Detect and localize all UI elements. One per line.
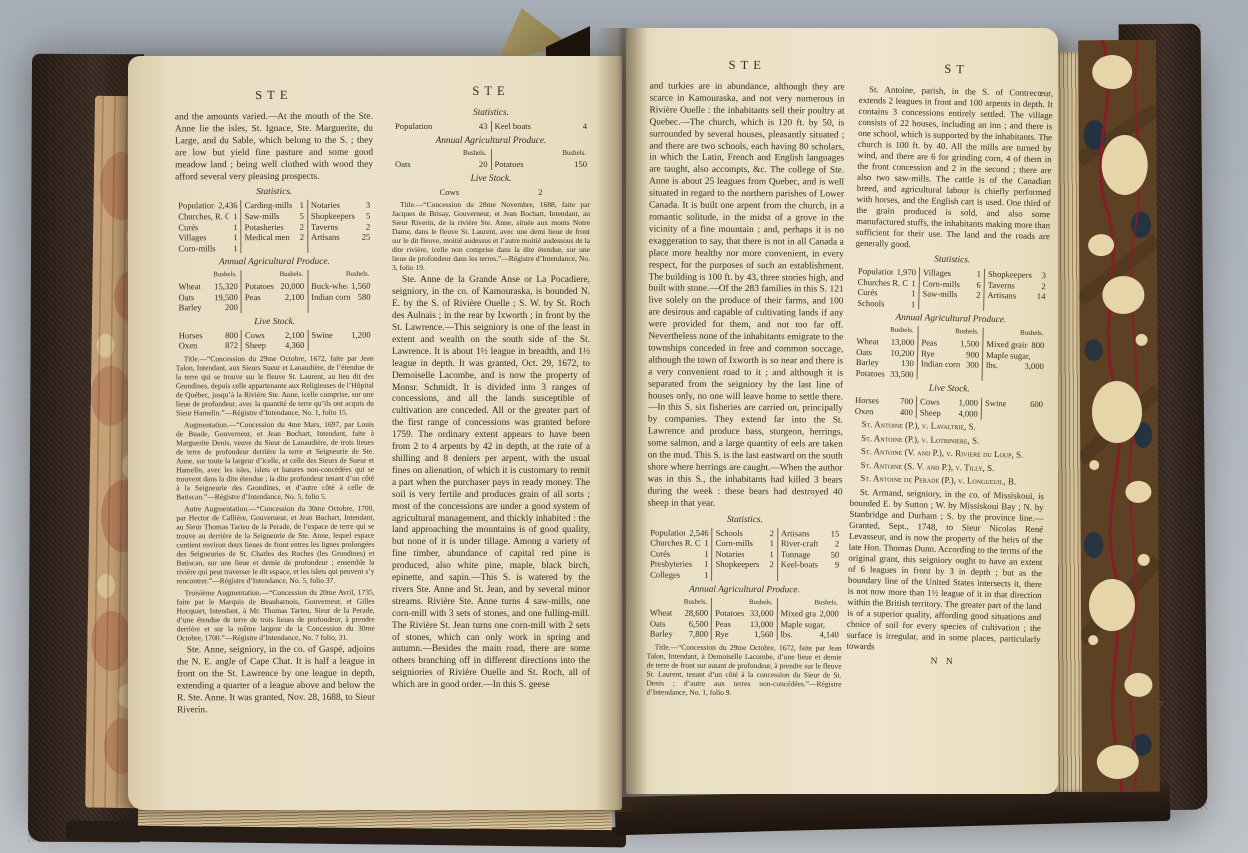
stat-label: Wheat <box>650 608 672 619</box>
stat-label: Artisans <box>311 232 340 243</box>
stat-row: Peas13,000 <box>715 619 773 630</box>
stat-column: Horses700Oxen400 <box>852 395 916 418</box>
statistics-table: Population2,546Churches R. C.1Curés1Pres… <box>647 527 842 581</box>
stat-value: 200 <box>225 302 238 313</box>
stat-row: River-craft2 <box>781 538 839 549</box>
stat-label: Potatoes <box>495 159 524 170</box>
stat-column: Population2,436Churches, R. C.1Curés1Vil… <box>175 201 241 254</box>
stat-row: Keel-boats9 <box>781 560 839 571</box>
marble-pattern-right <box>1078 40 1160 792</box>
stat-value: 1 <box>233 243 237 254</box>
produce-table: Bushels.Wheat13,000Oats10,200Barley130Po… <box>853 325 1048 382</box>
statistics-table: Population43Keel boats4 <box>392 121 590 132</box>
stat-label: Villages <box>923 267 951 278</box>
stat-column: Bushels.Potatoes20,000Peas2,100 <box>241 270 307 313</box>
stat-value: 2 <box>300 222 304 233</box>
stat-row: Villages1 <box>178 232 237 243</box>
stat-row: Artisans25 <box>311 232 370 243</box>
stat-label: Oats <box>856 346 872 357</box>
stat-value: 1,560 <box>754 629 773 640</box>
stat-row: Colleges1 <box>650 570 708 581</box>
stat-value: 33,000 <box>750 608 774 619</box>
paragraph: St. Antoine, parish, in the S. of Contre… <box>855 84 1053 253</box>
stat-row: Carding-mills1 <box>245 200 304 211</box>
paragraph: Ste. Anne, seigniory, in the co. of Gasp… <box>177 645 375 717</box>
stat-column: Horses800Oxen872 <box>176 330 241 351</box>
stat-value: 300 <box>966 360 979 371</box>
stat-row: Potasheries2 <box>245 222 304 233</box>
right-page-column-1: STE and turkies are in abundance, althou… <box>646 57 845 744</box>
stat-label: Oats <box>179 292 195 303</box>
stat-row: Population2,436 <box>178 201 237 212</box>
stat-value: 1,560 <box>351 281 370 292</box>
stat-value: 4,140 <box>819 630 838 641</box>
stat-row: Curés1 <box>178 222 237 233</box>
stat-value: 15,320 <box>214 281 238 292</box>
stat-label: Oats <box>395 159 411 170</box>
stat-column: Bushels.Potatoes33,000Peas13,000Rye1,560 <box>711 597 777 640</box>
statistics-table: Cows2 <box>437 187 546 198</box>
stat-label: Oxen <box>179 341 198 352</box>
stat-label: Notaries <box>715 549 744 560</box>
stat-row: Cows2,100 <box>245 330 304 341</box>
stat-value: 14 <box>1037 291 1046 302</box>
stat-row: Oats19,500 <box>179 292 238 303</box>
stat-value: 20,000 <box>281 281 305 292</box>
column-text: Statistics.Population43Keel boats4Annual… <box>392 108 590 692</box>
stat-row: Swine1,200 <box>311 329 370 340</box>
stat-column: Population2,546Churches R. C.1Curés1Pres… <box>647 527 712 580</box>
stat-row: Peas2,100 <box>245 291 304 302</box>
stat-row: Churches R. C.1 <box>650 538 708 549</box>
stat-label: Shopkeepers <box>715 559 759 570</box>
stat-label: Keel-boats <box>781 560 818 571</box>
stat-label: Curés <box>178 222 198 233</box>
stat-label: Taverns <box>988 279 1015 290</box>
stat-column: Schools2Corn-mills1Notaries1Shopkeepers2 <box>711 527 777 580</box>
stat-value: 130 <box>901 358 914 369</box>
stat-label: Swine <box>985 398 1007 409</box>
stat-value: 5 <box>300 211 304 222</box>
stat-label: lbs. <box>780 630 792 641</box>
stat-row: Notaries3 <box>311 200 370 211</box>
title-note: Title.—“Concession du 28me Novembre, 168… <box>392 200 590 272</box>
stat-value: 1,500 <box>960 338 980 349</box>
stat-row: Artisans14 <box>987 290 1045 302</box>
stat-label: Taverns <box>311 221 338 232</box>
stat-column: Bushels.Peas1,500Rye900Indian corn300 <box>917 327 983 381</box>
stat-label: Tonnage <box>781 549 811 560</box>
stat-label: Carding-mills <box>245 200 293 211</box>
stat-column: Swine600 <box>981 398 1046 421</box>
stat-value: 1 <box>770 538 774 549</box>
stat-label: Wheat <box>856 336 879 347</box>
stat-value: 1 <box>233 232 237 243</box>
cross-reference-entry: St. Antoine (S. V. and P.), v. Tilly, S. <box>850 459 1044 474</box>
statistics-table: Horses800Oxen872Cows2,100Sheep4,360Swine… <box>176 329 374 351</box>
stat-value: 2 <box>835 539 839 550</box>
stat-label: Colleges <box>650 570 680 581</box>
stat-row: Indian corn580 <box>311 291 370 302</box>
stat-label: Schools <box>857 298 884 309</box>
stat-label: Presbyteries <box>650 559 692 570</box>
stat-row: Artisans15 <box>781 528 839 539</box>
stat-value: 3 <box>366 200 370 211</box>
bushels-header: Bushels. <box>311 270 370 281</box>
stat-row: Keel boats4 <box>495 121 588 132</box>
stat-row: Saw-mills2 <box>922 289 980 301</box>
stat-value: 400 <box>900 407 913 418</box>
stat-value: 10,200 <box>890 347 914 358</box>
stat-value: 33,500 <box>890 368 914 379</box>
stat-label: Curés <box>857 287 877 298</box>
stat-label: Potatoes <box>245 281 274 292</box>
stat-row: Barley7,800 <box>650 629 708 640</box>
stat-column: Bushels.Mixed grain800Maple sugar,lbs.3,… <box>982 328 1048 382</box>
stat-value: 28,600 <box>685 608 709 619</box>
section-heading: Live Stock. <box>176 316 374 327</box>
stat-value: 7,800 <box>689 629 708 640</box>
stat-row: Tonnage50 <box>781 549 839 560</box>
stat-row: Mixed grain2,000 <box>781 608 839 619</box>
statistics-table: Horses700Oxen400Cows1,000Sheep4,000Swine… <box>852 395 1046 421</box>
stat-column: Bushels.Oats20 <box>392 149 491 170</box>
stat-column: Bushels.Wheat13,000Oats10,200Barley130Po… <box>853 325 918 379</box>
stat-label: Cows <box>440 187 460 198</box>
stat-value: 2,100 <box>285 291 304 302</box>
running-head: STE <box>650 57 845 73</box>
stat-row: Potatoes150 <box>495 159 588 170</box>
produce-table: Bushels.Wheat15,320Oats19,500Barley200Bu… <box>175 270 373 313</box>
stat-row: Indian corn300 <box>921 359 979 371</box>
cross-reference-entry: St. Antoine (V. and P.), v. Riviere du L… <box>851 446 1045 461</box>
bushels-header: Bushels. <box>715 597 773 608</box>
stat-value: 580 <box>358 291 371 302</box>
stat-label: Sheep <box>920 407 941 418</box>
stat-label: Horses <box>855 395 879 406</box>
stat-value: 15 <box>831 528 840 539</box>
signature-mark: N N <box>846 654 1040 668</box>
stat-column: Swine1,200 <box>307 329 373 350</box>
stat-label: Population <box>650 527 685 538</box>
stat-label: Saw-mills <box>922 289 957 300</box>
stat-value: 2 <box>300 232 304 243</box>
stat-column: Population43 <box>392 121 491 132</box>
bushels-header: Bushels. <box>245 270 304 281</box>
stat-value: 4 <box>583 121 587 132</box>
stat-value: 4,000 <box>958 408 978 419</box>
title-note: Autre Augmentation.—“Concession du 30me … <box>176 504 374 586</box>
section-heading: Statistics. <box>647 514 842 525</box>
stat-column: Carding-mills1Saw-mills5Potasheries2Medi… <box>241 200 308 253</box>
stat-label: Sheep <box>245 340 266 351</box>
stat-value: 800 <box>225 330 238 341</box>
stat-label: Rye <box>921 348 935 359</box>
stat-column: Keel boats4 <box>491 121 591 132</box>
stat-value: 2,436 <box>218 201 237 212</box>
stat-row: Buck-wheat1,560 <box>311 281 370 292</box>
stat-value: 2,100 <box>285 330 304 341</box>
stat-value: 50 <box>831 549 840 560</box>
stat-label: River-craft <box>781 538 819 549</box>
stat-value: 1,970 <box>897 267 917 278</box>
stat-label: Rye <box>715 629 729 640</box>
stat-row: Taverns2 <box>311 221 370 232</box>
stat-row: Wheat28,600 <box>650 608 708 619</box>
running-head: STE <box>175 88 373 104</box>
paragraph: and the amounts varied.—At the mouth of … <box>175 112 373 184</box>
section-heading: Annual Agricultural Produce. <box>392 136 590 146</box>
bushels-header: Bushels. <box>495 149 588 160</box>
stat-value: 2 <box>538 187 542 198</box>
section-heading: Statistics. <box>855 253 1049 267</box>
stat-value: 1 <box>233 222 237 233</box>
stat-value: 1 <box>770 549 774 560</box>
stat-value: 150 <box>574 159 587 170</box>
stat-row: lbs.3,000 <box>986 360 1044 372</box>
left-page-column-1: STE and the amounts varied.—At the mouth… <box>175 88 375 765</box>
stat-column: Cows1,000Sheep4,000 <box>916 397 981 420</box>
stat-value: 3,000 <box>1024 361 1044 372</box>
stat-label: Oats <box>650 618 666 629</box>
stat-row: Swine600 <box>985 398 1043 410</box>
stat-column: Population1,970Churches R. C.1Curés1Scho… <box>854 266 919 310</box>
stat-value: 25 <box>362 232 371 243</box>
produce-table: Bushels.Wheat28,600Oats6,500Barley7,800B… <box>647 597 842 640</box>
stat-row: Population2,546 <box>650 527 708 538</box>
stat-label: Potatoes <box>856 368 885 379</box>
stat-value: 800 <box>1031 340 1044 351</box>
stat-column: Bushels.Wheat15,320Oats19,500Barley200 <box>175 271 240 314</box>
produce-table: Bushels.Oats20Bushels.Potatoes150 <box>392 149 590 170</box>
stat-value: 1 <box>911 299 916 310</box>
stat-row: Maple sugar, <box>780 619 838 630</box>
stat-value: 2 <box>769 560 773 571</box>
stat-label: Notaries <box>311 200 340 211</box>
stat-label: Keel boats <box>495 121 532 132</box>
stat-row: Schools2 <box>716 527 774 538</box>
stat-row: Shopkeepers5 <box>311 211 370 222</box>
stat-label: Population <box>178 201 214 212</box>
stat-value: 900 <box>966 349 979 360</box>
section-heading: Statistics. <box>392 108 590 118</box>
stat-label: Potasheries <box>245 222 284 233</box>
stat-value: 1 <box>977 269 982 280</box>
stat-row: Sheep4,360 <box>245 340 304 351</box>
stat-label: Peas <box>921 337 937 348</box>
stat-label: Horses <box>179 330 203 341</box>
running-head: ST <box>859 60 1053 79</box>
stat-value: 6 <box>976 279 981 290</box>
paragraph: St. Armand, seigniory, in the co. of Mis… <box>846 486 1044 655</box>
bushels-header: Bushels. <box>395 149 488 160</box>
stat-row: Sheep4,000 <box>920 407 978 419</box>
stat-label: Medical men <box>245 232 290 243</box>
section-heading: Live Stock. <box>852 382 1046 396</box>
stat-value: 1,000 <box>959 398 979 409</box>
stat-label: Oxen <box>855 406 874 417</box>
marbled-endpaper-right <box>1078 40 1160 792</box>
stat-label: lbs. <box>986 360 998 371</box>
statistics-table: Population2,436Churches, R. C.1Curés1Vil… <box>175 200 373 254</box>
section-heading: Annual Agricultural Produce. <box>647 584 842 595</box>
stat-label: Swine <box>311 330 333 341</box>
stat-value: 6,500 <box>689 618 708 629</box>
stat-value: 2 <box>770 528 774 539</box>
stat-column: Bushels.Potatoes150 <box>491 149 591 170</box>
right-page-column-2: ST St. Antoine, parish, in the S. of Con… <box>844 60 1053 748</box>
stat-value: 1 <box>704 538 708 549</box>
stat-row: Churches, R. C.1 <box>178 211 237 222</box>
stat-value: 600 <box>1030 399 1043 410</box>
stat-row: Oxen872 <box>179 341 238 352</box>
stat-label: Saw-mills <box>245 211 280 222</box>
stat-row: Potatoes33,000 <box>715 608 773 619</box>
stat-value: 19,500 <box>214 292 238 303</box>
stat-value: 1 <box>911 278 916 289</box>
stat-label: Artisans <box>781 528 810 539</box>
stat-label: Churches R. C. <box>650 538 700 549</box>
stat-value: 5 <box>366 211 370 222</box>
statistics-table: Population1,970Churches R. C.1Curés1Scho… <box>854 266 1049 313</box>
cross-reference-entry: St. Antoine de Perade (P.), v. Longueuil… <box>850 473 1044 488</box>
stat-row: Presbyteries1 <box>650 559 708 570</box>
stat-value: 2,546 <box>689 527 708 538</box>
stat-column: Shopkeepers3Taverns2Artisans14 <box>983 269 1049 313</box>
section-heading: Annual Agricultural Produce. <box>175 257 373 268</box>
stat-label: Barley <box>650 629 673 640</box>
stat-label: Cows <box>245 330 265 341</box>
stat-label: Population <box>395 121 432 132</box>
stat-value: 2 <box>976 290 981 301</box>
stat-row: Population43 <box>395 121 488 132</box>
stat-row: Medical men2 <box>245 232 304 243</box>
running-head: STE <box>392 84 590 99</box>
stat-label: Peas <box>245 292 261 303</box>
stat-value: 2 <box>366 221 370 232</box>
stat-row: lbs.4,140 <box>780 630 838 641</box>
left-page-column-2: STE Statistics.Population43Keel boats4An… <box>392 84 590 762</box>
stat-column: Notaries3Shopkeepers5Taverns2Artisans25 <box>307 200 374 253</box>
stat-label: Corn-mills <box>716 538 753 549</box>
stat-value: 43 <box>479 121 488 132</box>
stat-row: Oxen400 <box>855 406 913 418</box>
stat-row: Barley200 <box>179 302 238 313</box>
stat-label: Population <box>858 266 893 277</box>
stat-value: 13,000 <box>891 337 915 348</box>
stat-label: Peas <box>715 619 731 630</box>
title-note: Troisième Augmentation.—“Concession du 2… <box>177 588 375 643</box>
section-heading: Annual Agricultural Produce. <box>854 312 1048 326</box>
stat-value: 13,000 <box>750 619 774 630</box>
paragraph: Ste. Anne de la Grande Anse or La Pocadi… <box>392 275 590 692</box>
stat-column: Cows2,100Sheep4,360 <box>241 330 307 351</box>
stat-label: Wheat <box>178 281 200 292</box>
stat-label: Cows <box>920 397 940 408</box>
stat-row: Corn-mills1 <box>716 538 774 549</box>
stat-column: Artisans15River-craft2Tonnage50Keel-boat… <box>777 528 843 581</box>
stat-label: Villages <box>178 232 206 243</box>
stat-value: 3 <box>1042 270 1047 281</box>
stat-label: Barley <box>179 302 202 313</box>
column-text: and turkies are in abundance, although t… <box>646 81 844 697</box>
stat-value: 1 <box>300 200 304 211</box>
stat-row: Corn-mills1 <box>178 243 237 254</box>
stat-value: 2,000 <box>819 609 838 620</box>
stat-value: 20 <box>479 159 488 170</box>
stat-label: Mixed grain <box>781 608 816 619</box>
section-heading: Statistics. <box>175 187 373 198</box>
bushels-header: Bushels. <box>178 271 237 282</box>
stat-row: Oats6,500 <box>650 618 708 629</box>
stat-column: Bushels.Wheat28,600Oats6,500Barley7,800 <box>647 597 712 640</box>
stat-column: Bushels.Mixed grain2,000Maple sugar,lbs.… <box>776 598 842 641</box>
stat-label: Indian corn <box>921 359 961 370</box>
column-text: St. Antoine, parish, in the S. of Contre… <box>846 84 1053 669</box>
stat-label: Indian corn <box>311 291 350 302</box>
stat-label: Corn-mills <box>178 243 215 254</box>
stat-label: Curés <box>650 548 670 559</box>
stat-value: 1 <box>704 570 708 581</box>
stat-value: 1 <box>233 211 237 222</box>
stat-value: 4,360 <box>285 340 304 351</box>
stat-row: Potatoes20,000 <box>245 281 304 292</box>
stat-row: Notaries1 <box>715 549 773 560</box>
stat-value: 1,200 <box>351 329 370 340</box>
stat-row: Oats20 <box>395 159 488 170</box>
title-note: Augmentation.—“Concession du 4me Mars, 1… <box>176 420 374 502</box>
cross-reference-entry: St. Antoine (P.), v. Lotbiniere, S. <box>851 432 1045 447</box>
cross-reference-entry: St. Antoine (P.), v. Lavaltrie, S. <box>851 419 1045 434</box>
stat-row: Cows2 <box>440 187 543 198</box>
stat-row: Curés1 <box>650 548 708 559</box>
stat-value: 9 <box>835 560 839 571</box>
title-note: Title.—“Concession du 29me Octobre, 1672… <box>646 642 841 697</box>
bushels-header: Bushels. <box>650 597 708 608</box>
stat-row: Wheat15,320 <box>178 281 237 292</box>
stat-label: Maple sugar, <box>780 619 825 630</box>
stat-column: Bushels.Buck-wheat1,560Indian corn580 <box>307 270 373 313</box>
paragraph: and turkies are in abundance, although t… <box>647 81 844 511</box>
stat-label: Churches, R. C. <box>178 211 229 222</box>
stat-row: Shopkeepers2 <box>715 559 773 570</box>
stat-label: Buck-wheat <box>311 281 347 292</box>
stat-value: 1 <box>704 549 708 560</box>
stat-label: Artisans <box>987 290 1016 301</box>
stat-label: Potatoes <box>715 608 744 619</box>
stat-column: Cows2 <box>437 187 546 198</box>
stat-value: 2 <box>1041 281 1046 292</box>
title-note: Title.—“Concession du 29me Octobre, 1672… <box>176 354 374 418</box>
section-heading: Live Stock. <box>392 174 590 184</box>
stat-value: 700 <box>900 396 913 407</box>
stat-row: Saw-mills5 <box>245 211 304 222</box>
stat-label: Shopkeepers <box>311 211 355 222</box>
stat-value: 1 <box>704 559 708 570</box>
stat-row: Potatoes33,500 <box>856 368 914 380</box>
stat-label: Schools <box>716 527 743 538</box>
stat-column: Villages1Corn-mills6Saw-mills2 <box>918 267 984 311</box>
stat-row: Horses800 <box>179 330 238 341</box>
stat-value: 872 <box>225 341 238 352</box>
stat-row: Schools1 <box>857 298 915 310</box>
stat-value: 1 <box>911 288 916 299</box>
stat-label: Barley <box>856 357 879 368</box>
column-text: and the amounts varied.—At the mouth of … <box>175 112 375 717</box>
stat-row: Rye1,560 <box>715 629 773 640</box>
bushels-header: Bushels. <box>781 598 839 609</box>
